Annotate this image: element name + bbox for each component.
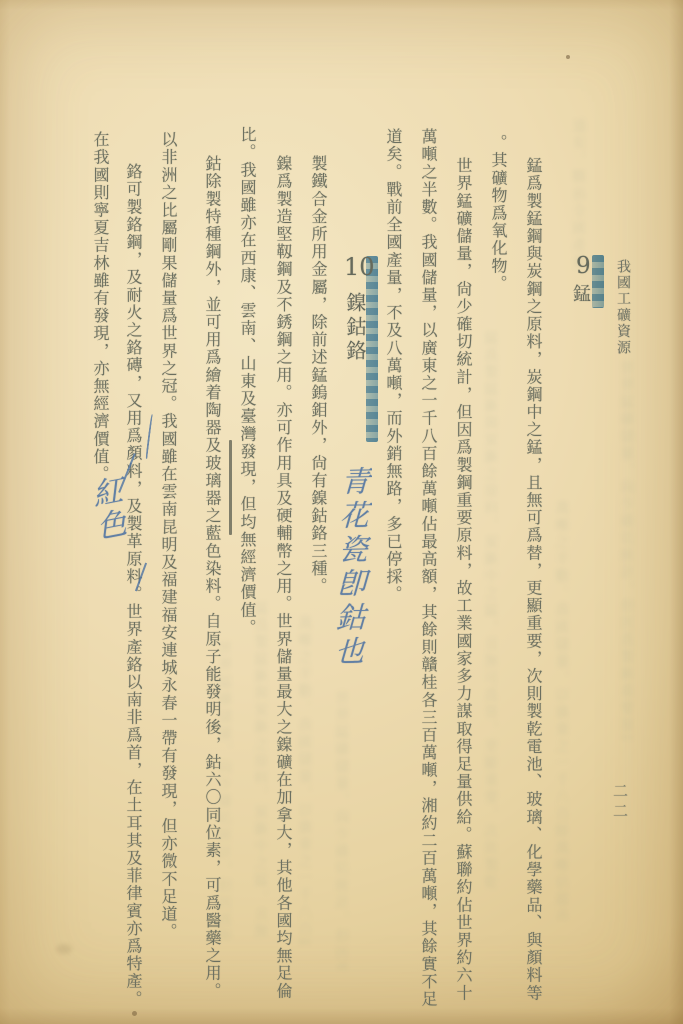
bleed-through-text: 世界錳礦儲量，尙少確切統計，但因爲製鋼重要原料，故工業國家多力謀取得足量供給。蘇… bbox=[618, 360, 633, 740]
bleed-through-text: 錳爲製錳鋼與炭鋼之原料，炭鋼中之錳，且無可爲替，更顯重要，次則製乾電池、玻璃、化… bbox=[482, 330, 497, 890]
text-column-6: 製鐵合金所用金屬，除前述錳鎢鉬外，尙有鎳鈷鉻三種。 bbox=[309, 155, 325, 595]
handwritten-note-red-color: 紅色 bbox=[87, 474, 125, 545]
text-column-2: 。其礦物爲氧化物。 bbox=[489, 134, 505, 292]
paper-speck bbox=[566, 55, 570, 59]
paper-stain bbox=[56, 944, 72, 954]
text-column-8: 比。我國雖亦在西康、雲南、山東及臺灣發現，但均無經濟價值。 bbox=[238, 126, 254, 636]
section-9-number: 9 bbox=[576, 253, 591, 279]
text-column-7: 鎳爲製造堅靱鋼及不銹鋼之用。亦可作用具及硬輔幣之用。世界儲量最大之鎳礦在加拿大，… bbox=[274, 155, 290, 1000]
section-10-highlight-mark bbox=[366, 256, 378, 442]
page-number: 二二 bbox=[611, 783, 626, 823]
scanned-page: 萬噸之半數。我國儲量，以廣東之一千八百餘萬噸佔最高額，其餘則贛桂各三百萬噸，湘約… bbox=[0, 0, 683, 1024]
text-column-12: 在我國則寧夏吉林雖有發現，亦無經濟價值。 bbox=[91, 131, 107, 483]
bleed-through-text: 萬噸之半數。我國儲量，以廣東之一千八百餘萬噸佔最高額，其餘則贛桂各三百萬噸，湘約… bbox=[296, 615, 311, 945]
pen-paren-mark bbox=[145, 414, 152, 459]
text-column-10: 以非洲之比屬剛果儲量爲世界之冠。我國雖在雲南昆明及福建福安連城永春一帶有發現，但… bbox=[159, 131, 175, 941]
section-9-title: 錳 bbox=[572, 284, 590, 304]
running-head: 我國工礦資源 bbox=[615, 259, 629, 356]
emphasis-sideline bbox=[229, 440, 232, 535]
text-column-5: 道矣。戰前全國產量，不及八萬噸，而外銷無路，多已停採。 bbox=[384, 128, 400, 603]
bleed-through-text: 世界錳礦儲量，尙少確切統計，但因爲製鋼重要原料，故工業國家多力謀取得足量供給。蘇… bbox=[333, 690, 348, 970]
paper-speck bbox=[132, 1011, 137, 1016]
handwritten-note-cobalt: 青花瓷卽鈷也 bbox=[332, 466, 368, 670]
bleed-through-text: 萬噸之半數。我國儲量，以廣東之一千八百餘萬噸佔最高額，其餘則贛桂各三百萬噸，湘約… bbox=[553, 500, 568, 920]
text-column-9: 鈷除製特種鋼外，並可用爲繪着陶器及玻璃器之藍色染料。自原子能發明後，鈷六〇同位素… bbox=[203, 155, 219, 1000]
section-9-highlight-mark bbox=[592, 255, 604, 308]
text-column-3: 世界錳礦儲量，尙少確切統計，但因爲製鋼重要原料，故工業國家多力謀取得足量供給。蘇… bbox=[454, 157, 470, 1002]
bleed-through-text: 錳爲製錳鋼與炭鋼之原料，炭鋼中之錳，且無可爲替，更顯重要，次則製乾電池、玻璃、化… bbox=[252, 600, 267, 940]
text-column-4: 萬噸之半數。我國儲量，以廣東之一千八百餘萬噸佔最高額，其餘則贛桂各三百萬噸，湘約… bbox=[419, 128, 435, 1008]
section-10-title: 鎳鈷鉻 bbox=[344, 292, 364, 364]
section-10-number: 10 bbox=[344, 253, 375, 281]
text-column-1: 錳爲製錳鋼與炭鋼之原料，炭鋼中之錳，且無可爲替，更顯重要，次則製乾電池、玻璃、化… bbox=[524, 157, 540, 1002]
